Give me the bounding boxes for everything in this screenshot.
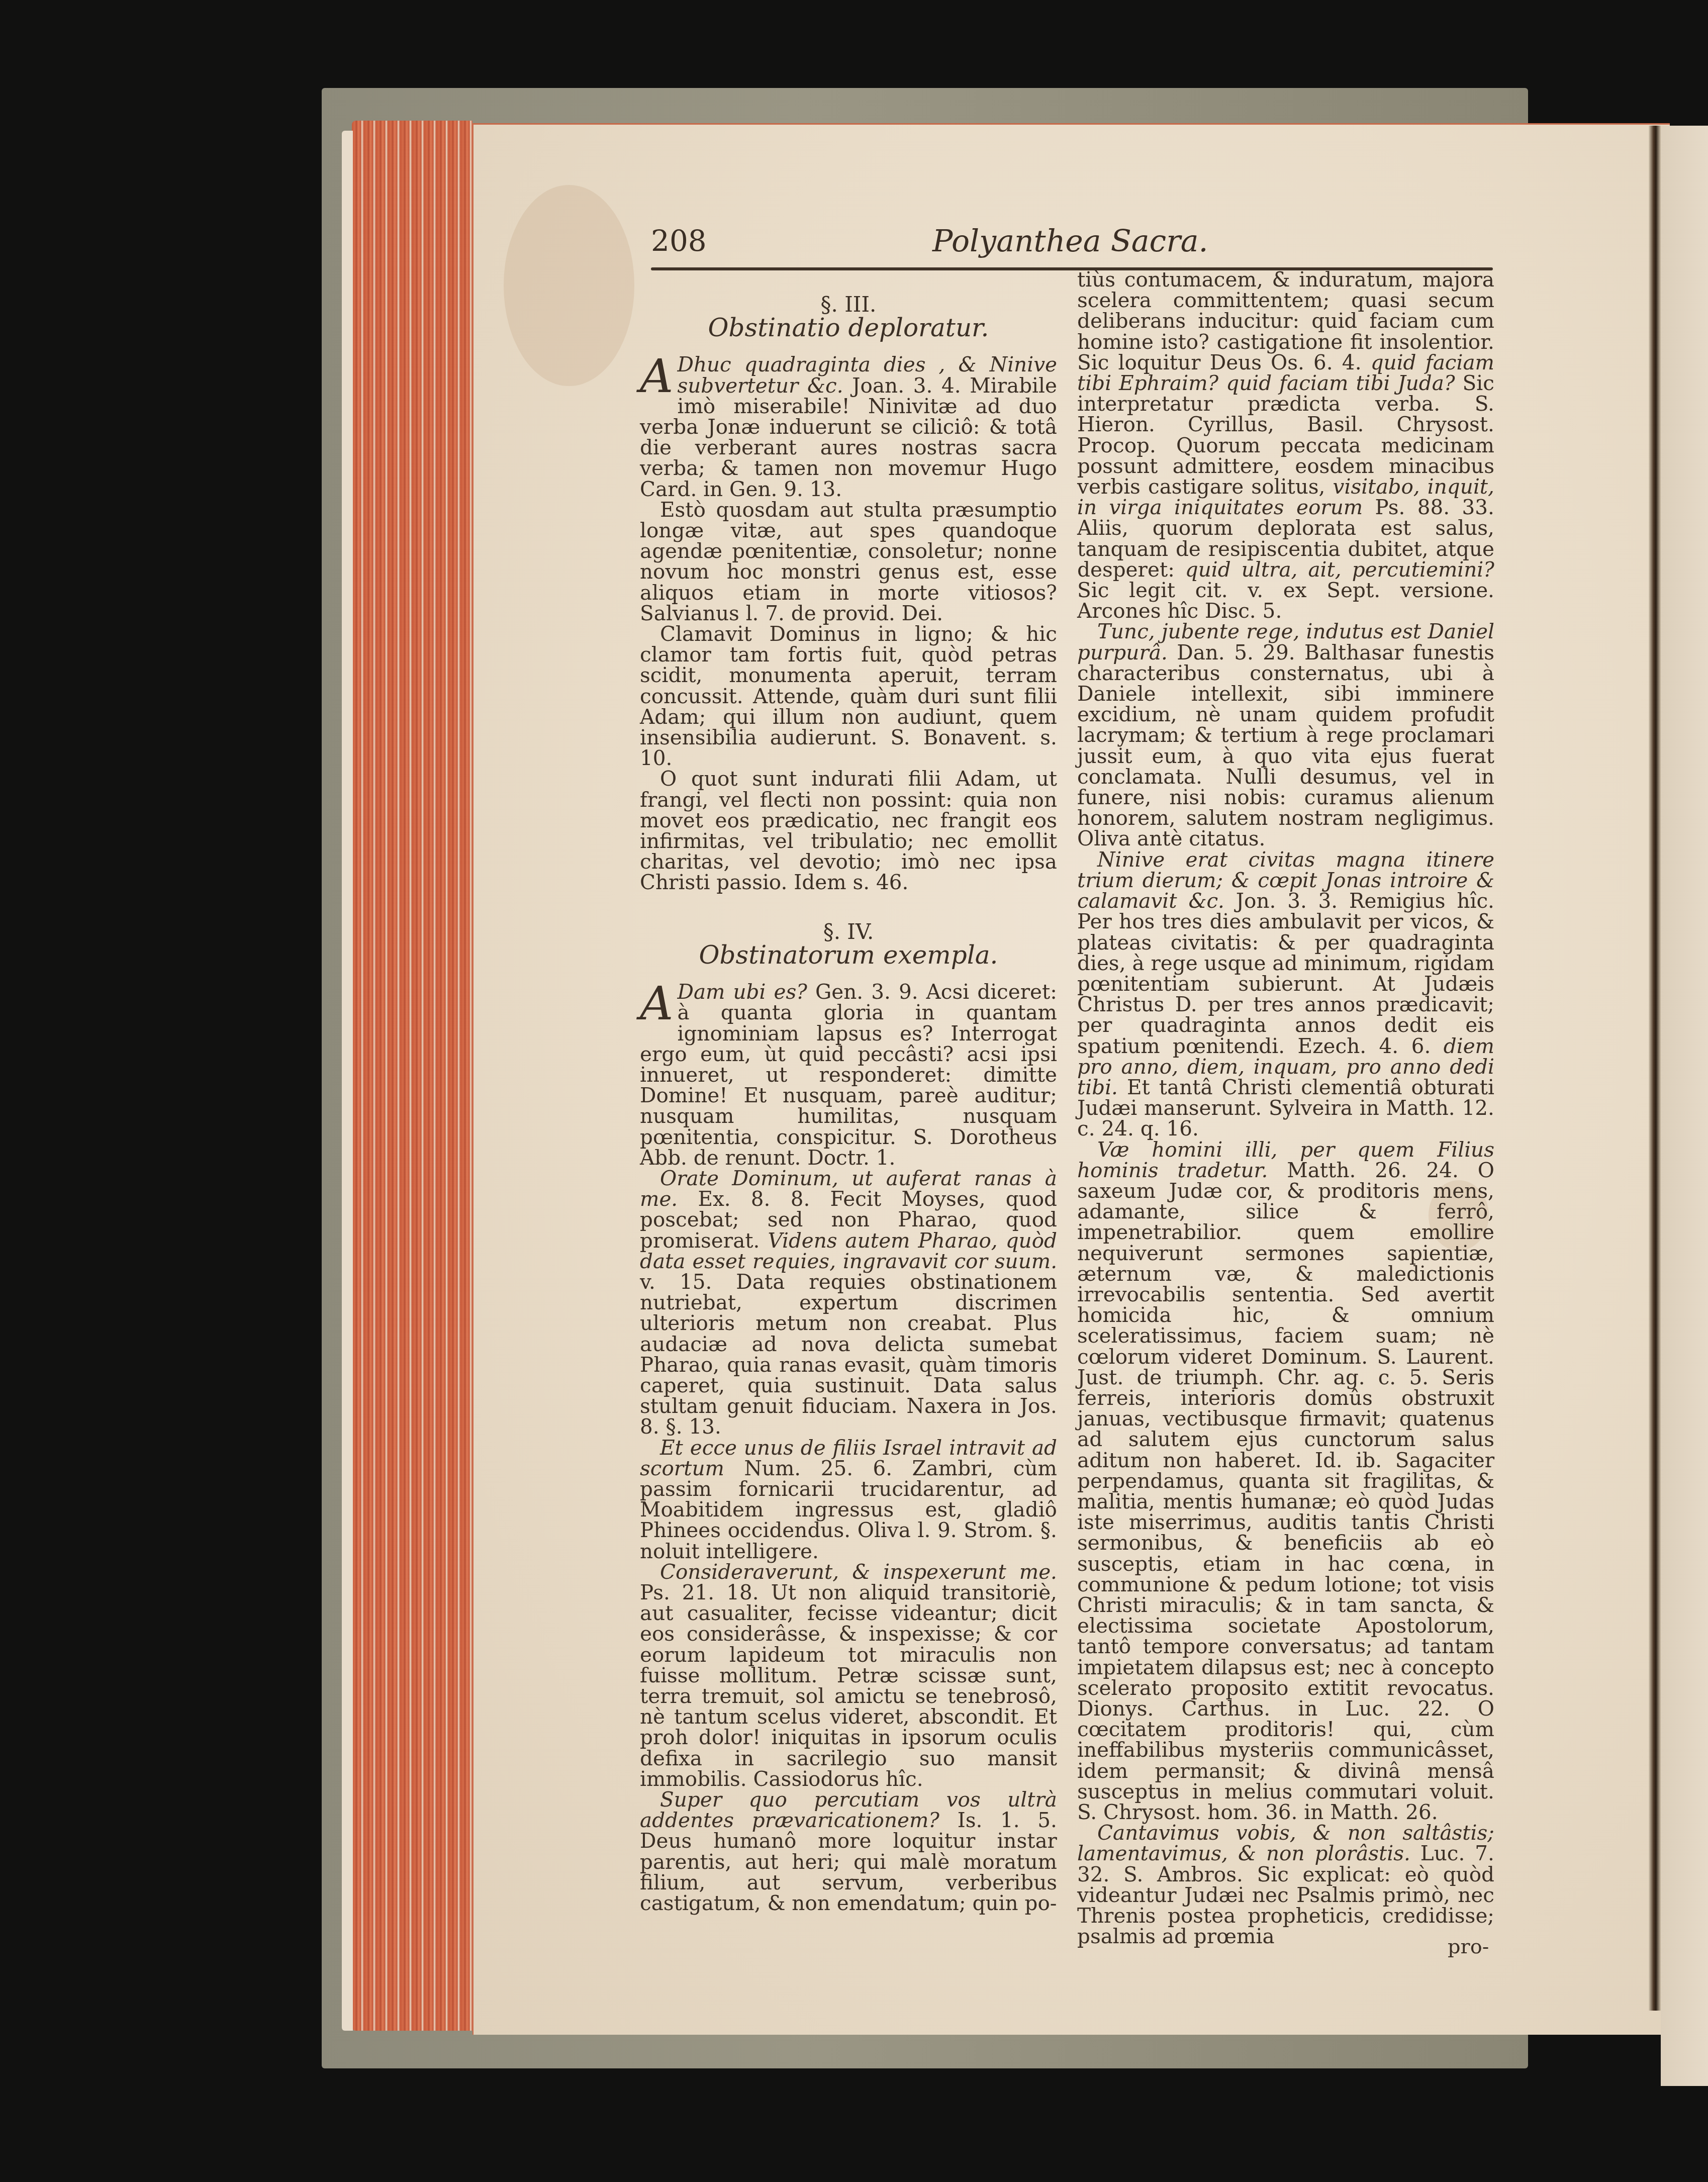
page-number: 208 <box>651 224 707 258</box>
section-mark: §. III. <box>640 294 1057 315</box>
facing-page-edge <box>1661 126 1708 2086</box>
dropcap: A <box>640 356 673 397</box>
paragraph: Consideraverunt, & inspexerunt me. Ps. 2… <box>640 1562 1057 1789</box>
paragraph: Estò quosdam aut stulta præsumptio longæ… <box>640 500 1057 624</box>
paragraph: ADam ubi es? Gen. 3. 9. Acsi diceret: à … <box>640 982 1057 1168</box>
paragraph: ADhuc quadraginta dies , & Ninive subver… <box>640 354 1057 499</box>
paragraph: Et ecce unus de filiis Israel intravit a… <box>640 1438 1057 1562</box>
paragraph: O quot sunt indurati filii Adam, ut fran… <box>640 769 1057 893</box>
section-mark: §. IV. <box>640 921 1057 942</box>
section-title: Obstinatio deploratur. <box>640 318 1057 338</box>
catchword: pro- <box>1448 1935 1489 1958</box>
paragraph: Clamavit Dominus in ligno; & hic clamor … <box>640 624 1057 769</box>
dropcap: A <box>640 984 673 1024</box>
page-header: 208 Polyanthea Sacra. <box>651 224 1493 269</box>
section-title: Obstinatorum exempla. <box>640 945 1057 966</box>
paragraph: Tunc, jubente rege, indutus est Daniel p… <box>1077 621 1494 849</box>
left-column: §. III. Obstinatio deploratur. ADhuc qua… <box>640 279 1057 1914</box>
paper-stain <box>504 185 634 386</box>
running-title: Polyanthea Sacra. <box>932 224 1208 259</box>
paragraph: Orate Dominum, ut auferat ranas à me. Ex… <box>640 1168 1057 1438</box>
paragraph: Cantavimus vobis, & non saltâstis; lamen… <box>1077 1823 1494 1947</box>
paragraph: tiùs contumacem, & induratum, majora sce… <box>1077 269 1494 621</box>
paragraph: Væ homini illi, per quem Filius hominis … <box>1077 1140 1494 1823</box>
paragraph: Super quo percutiam vos ultrà addentes p… <box>640 1789 1057 1914</box>
right-column: tiùs contumacem, & induratum, majora sce… <box>1077 269 1494 1947</box>
book-gutter <box>1649 126 1661 2011</box>
paragraph: Ninive erat civitas magna itinere trium … <box>1077 849 1494 1140</box>
red-page-edges <box>352 121 472 2031</box>
